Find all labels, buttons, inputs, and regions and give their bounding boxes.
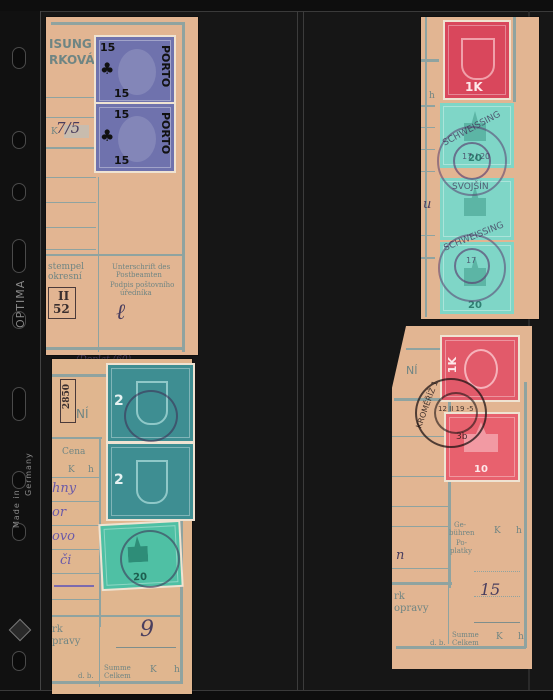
form-rule [52,437,102,439]
postmark [120,530,180,588]
postmark-inner-ring [434,392,478,434]
form-rule [421,235,435,236]
arms-2-kronen-stamp: 2 [108,444,193,519]
form-rule [46,97,96,98]
form-border [52,681,182,684]
form-rule [392,582,452,585]
handwritten-amount: 7/5 [56,119,80,137]
registration-box-stamp: II 52 [48,287,76,319]
sum-line [474,622,520,623]
form-border [513,17,516,102]
fees-unit-k: K [494,526,501,536]
form-header: NÍ [406,366,417,376]
form-rule [392,526,448,527]
punch-hole [12,387,26,421]
form-rule [421,127,435,128]
form-border [51,22,185,25]
postmark-inner-ring [454,248,490,284]
form-header: ISUNG [49,39,92,49]
pocket-divider [303,11,304,690]
form-rule [52,549,100,550]
postmark-date: 17 [466,256,476,265]
binder-strip [0,11,41,690]
country-label: Germany [24,452,33,496]
remark-label: opravy [394,604,428,614]
signature-caption: úředníka [120,288,152,298]
handwritten-sum: 9 [140,617,154,642]
form-rule [52,615,182,617]
form-rule [52,573,100,574]
pocket-divider [297,11,298,690]
sum-unit-k: K [150,665,157,675]
handwritten-sum: 15 [480,580,500,599]
form-rule [46,202,96,203]
punch-hole [12,47,26,69]
made-in-label: Made in [12,489,21,528]
form-rule [52,525,100,526]
form-rule [46,227,96,228]
form-rule [46,147,96,149]
postmark-inner-ring [453,142,491,180]
form-rule [406,348,446,350]
handwriting: hny [52,481,76,496]
sum-line [116,647,176,648]
coat-of-arms-icon [136,460,168,504]
form-rule [392,568,448,569]
form-rule [52,477,100,478]
form-rule [99,617,100,687]
handwritten-stroke [54,585,94,587]
form-rule [448,584,449,644]
form-border [524,382,527,648]
stamp-caption: okresní [48,272,82,282]
postmark-town: SVOJŠÍN [452,182,489,192]
form-header: NÍ [76,409,89,419]
postmark-number: 3b [456,432,467,442]
form-rule [421,171,435,172]
postmark [124,390,178,442]
form-rule [421,59,439,62]
brand-label: OPTIMA [14,280,27,328]
signature-mark: ℓ [116,299,125,325]
form-rule [46,254,184,256]
signature-caption: Postbeamten [116,270,162,280]
amount-label: K [68,465,75,475]
stamp-caption: stempel [48,262,84,272]
form-rule [421,257,435,259]
form-rule [46,177,96,178]
form-fragment: h [429,91,435,101]
binder-edge-line [40,11,41,690]
punch-hole [12,651,26,671]
form-rule [425,17,427,317]
remark-label: rk [52,625,63,635]
sum-unit-h: h [174,665,180,675]
form-rule [52,599,100,600]
registration-number-box: 2850 [60,379,76,423]
form-border [182,22,185,352]
sum-unit-k: K [496,632,503,642]
remark-label: rk [394,592,405,602]
punch-hole [12,239,26,273]
postmark-date: 17 / 20 [462,152,490,161]
punch-hole [12,131,26,149]
handwriting: or [52,505,66,520]
form-rule [52,501,100,502]
handwriting: u [423,197,431,212]
dotted-line [474,571,520,572]
clover-icon: ♣ [100,59,114,78]
form-rule [421,105,435,107]
form-rule [392,476,448,477]
clover-icon: ♣ [100,126,114,145]
form-rule [392,506,448,507]
amount-unit: h [88,465,94,475]
handwriting: ovo [52,529,75,544]
handwriting: n [396,548,404,563]
fees-label: bühren [449,528,475,538]
stamp-album-page: OPTIMA Made in Germany ISUNG RKOVÁ K 7/5… [0,0,553,700]
handwriting: či [60,553,71,568]
form-border [46,347,184,350]
sum-label: Celkem [104,671,131,681]
form-rule [421,149,435,150]
fees-label: platky [450,546,472,556]
form-border [396,646,526,649]
form-rule [98,177,99,352]
pocket-top-strip [0,0,553,12]
porto-stamp: PORTO 15 ♣ 15 [96,104,174,171]
porto-stamp: PORTO 15 ♣ 15 [96,37,174,104]
form-rule [46,117,96,118]
fees-unit-h: h [516,526,522,536]
form-border [52,374,110,377]
punch-hole [12,183,26,201]
sum-unit-h: h [518,632,524,642]
db-label: d. b. [78,671,94,681]
arms-1-krone-stamp: 1K [445,22,509,98]
postmark-date: 12 II 19 -5 [438,405,474,413]
price-label: Cena [62,447,85,457]
form-rule [46,249,96,250]
remark-label: pravy [52,637,80,647]
form-header: RKOVÁ [49,55,95,65]
coat-of-arms-icon [461,38,495,80]
